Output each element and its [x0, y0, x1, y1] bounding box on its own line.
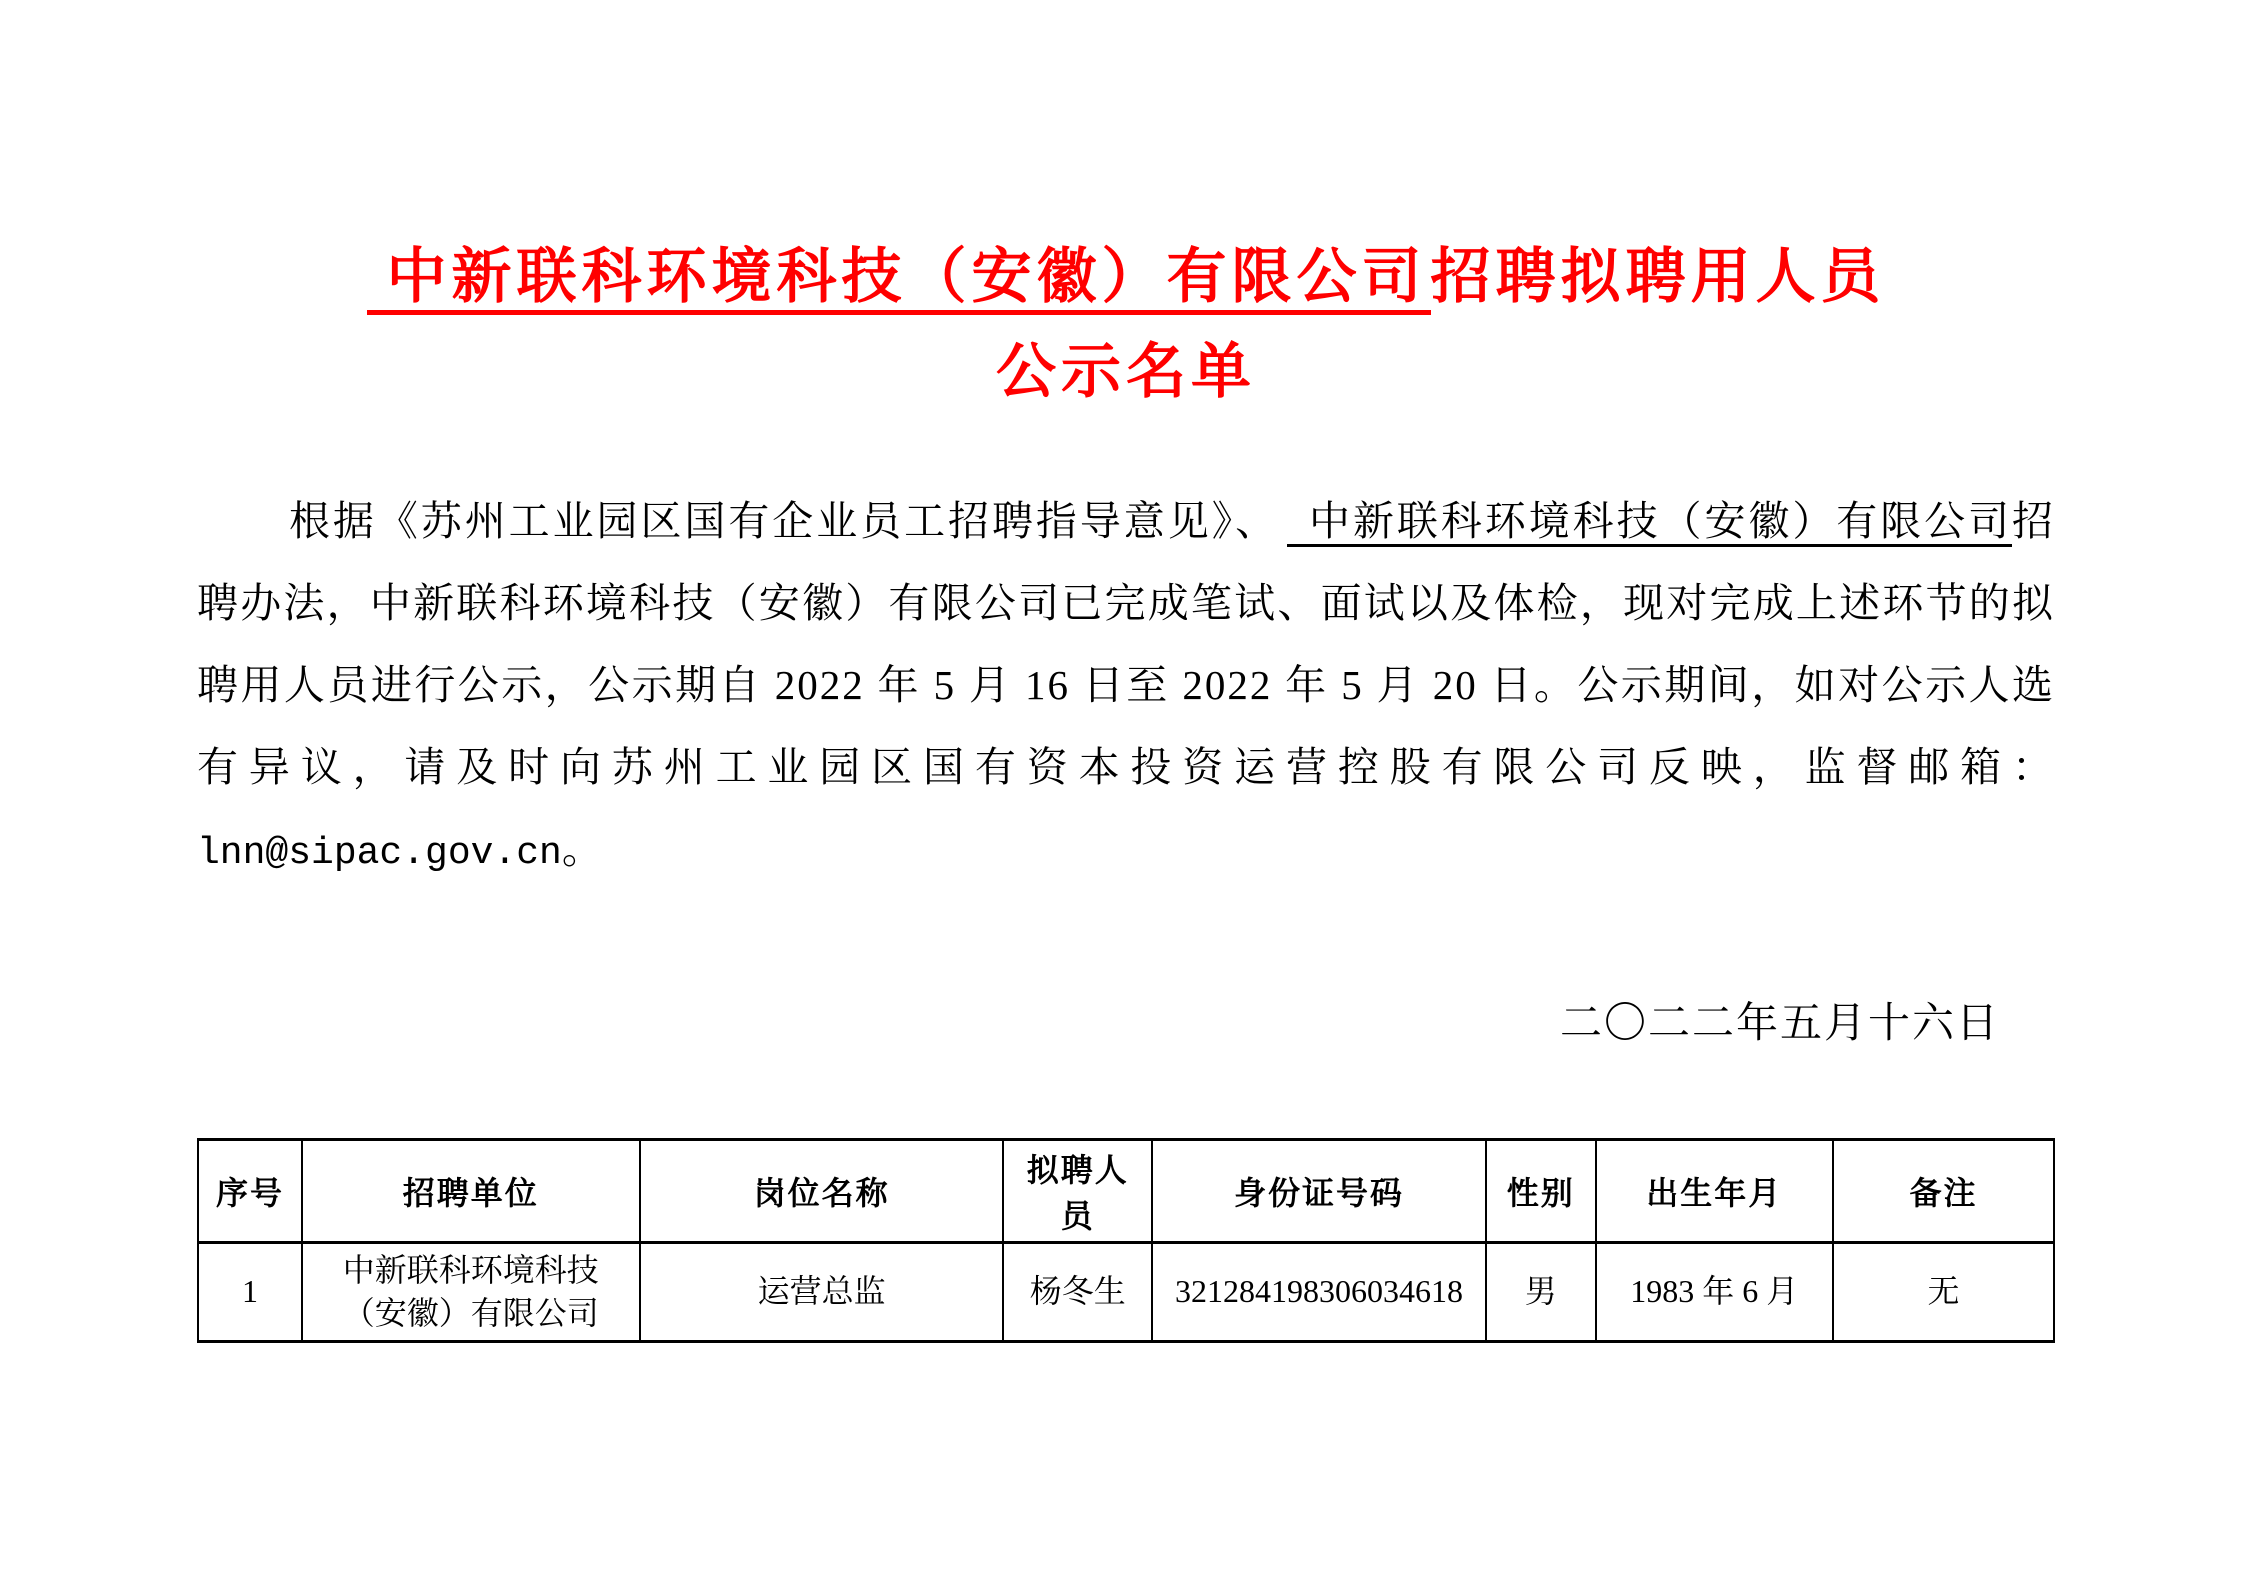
cell-note: 无 [1833, 1243, 2054, 1342]
title-company-underlined: 中新联科环境科技（安徽）有限公司 [367, 244, 1431, 315]
title-line-2: 公示名单 [197, 325, 2055, 420]
issue-date: 二〇二二年五月十六日 [197, 990, 2055, 1050]
header-position: 岗位名称 [640, 1140, 1004, 1243]
table-header: 序号 招聘单位 岗位名称 拟聘人员 身份证号码 性别 出生年月 备注 [198, 1140, 2054, 1243]
paragraph-intro: 根据《苏州工业园区国有企业员工招聘指导意见》、 [289, 498, 1279, 544]
header-birth: 出生年月 [1596, 1140, 1834, 1243]
header-note: 备注 [1833, 1140, 2054, 1243]
title-line1-rest: 招聘拟聘用人员 [1431, 244, 1886, 310]
page-title: 中新联科环境科技（安徽）有限公司招聘拟聘用人员 公示名单 [197, 230, 2055, 420]
hiring-roster-table: 序号 招聘单位 岗位名称 拟聘人员 身份证号码 性别 出生年月 备注 1 中新联… [197, 1138, 2055, 1343]
table-row: 1 中新联科环境科技（安徽）有限公司 运营总监 杨冬生 321284198306… [198, 1243, 2054, 1342]
document-content: 中新联科环境科技（安徽）有限公司招聘拟聘用人员 公示名单 根据《苏州工业园区国有… [0, 230, 2245, 1343]
cell-gender: 男 [1486, 1243, 1596, 1342]
header-gender: 性别 [1486, 1140, 1596, 1243]
table-header-row: 序号 招聘单位 岗位名称 拟聘人员 身份证号码 性别 出生年月 备注 [198, 1140, 2054, 1243]
cell-birth: 1983 年 6 月 [1596, 1243, 1834, 1342]
header-candidate: 拟聘人员 [1003, 1140, 1151, 1243]
cell-unit: 中新联科环境科技（安徽）有限公司 [302, 1243, 640, 1342]
cell-candidate: 杨冬生 [1003, 1243, 1151, 1342]
header-no: 序号 [198, 1140, 302, 1243]
header-id-number: 身份证号码 [1152, 1140, 1486, 1243]
paragraph-end-punctuation: 。 [562, 826, 605, 872]
title-line-1: 中新联科环境科技（安徽）有限公司招聘拟聘用人员 [197, 230, 2055, 325]
company-name-underlined: 中新联科环境科技（安徽）有限公司 [1287, 498, 2012, 547]
supervision-email: lnn@sipac.gov.cn [197, 832, 562, 875]
notice-paragraph: 根据《苏州工业园区国有企业员工招聘指导意见》、中新联科环境科技（安徽）有限公司招… [197, 480, 2055, 895]
document-page: 中新联科环境科技（安徽）有限公司招聘拟聘用人员 公示名单 根据《苏州工业园区国有… [0, 0, 2245, 1587]
cell-id-number: 321284198306034618 [1152, 1243, 1486, 1342]
cell-no: 1 [198, 1243, 302, 1342]
cell-position: 运营总监 [640, 1243, 1004, 1342]
header-unit: 招聘单位 [302, 1140, 640, 1243]
table-body: 1 中新联科环境科技（安徽）有限公司 运营总监 杨冬生 321284198306… [198, 1243, 2054, 1342]
